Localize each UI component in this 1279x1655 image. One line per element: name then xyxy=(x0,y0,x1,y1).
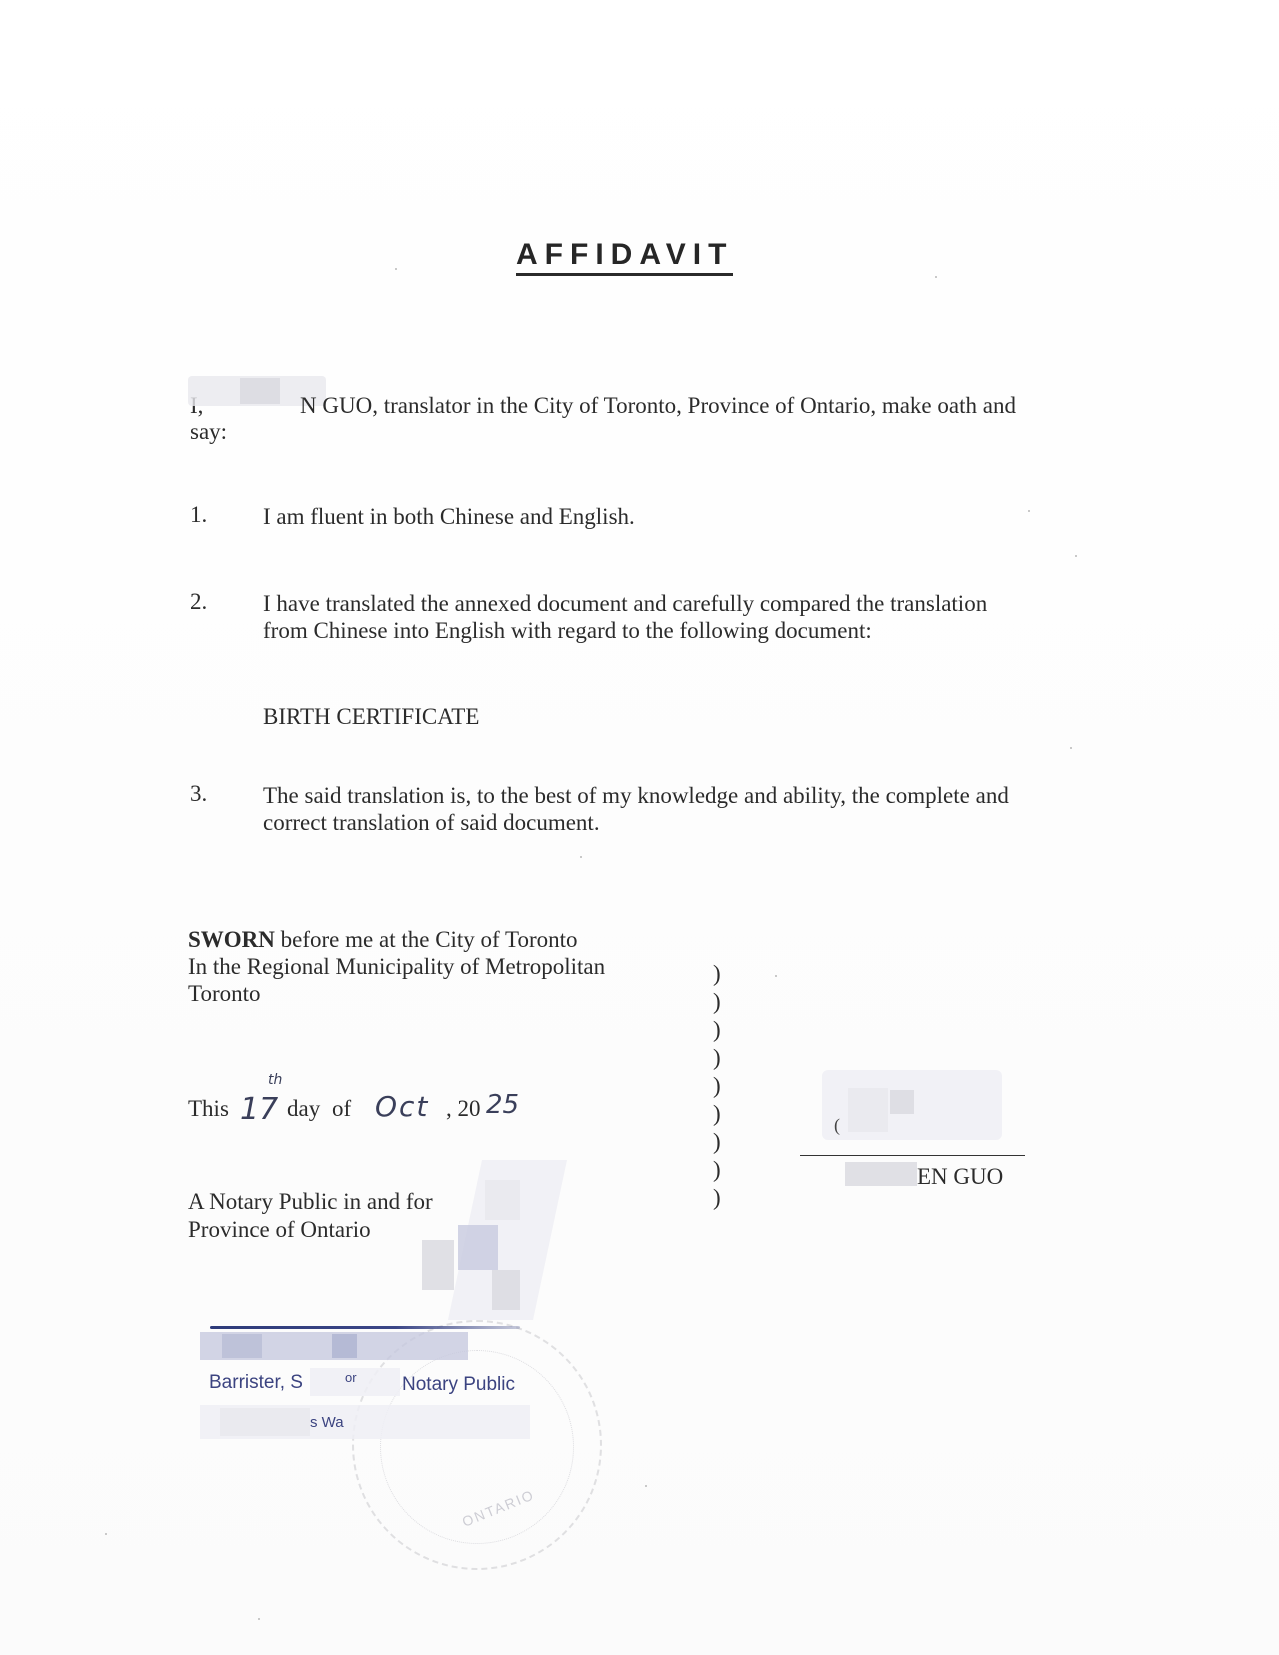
deponent-name: EN GUO xyxy=(917,1163,1003,1190)
notary-line-1: A Notary Public in and for xyxy=(188,1188,433,1215)
bracket: ) xyxy=(713,1072,721,1100)
scan-speck xyxy=(105,1533,107,1535)
bracket: ) xyxy=(713,1100,721,1128)
jurat-line-2: In the Regional Municipality of Metropol… xyxy=(188,953,605,980)
jurat-line-3: Toronto xyxy=(188,980,261,1007)
item-3-line-1: The said translation is, to the best of … xyxy=(263,782,1009,809)
intro-rest: , translator in the City of Toronto, Pro… xyxy=(372,393,1016,418)
bracket: ) xyxy=(713,1128,721,1156)
redacted-block xyxy=(422,1240,454,1290)
date-prefix: This xyxy=(188,1095,229,1122)
redacted-block xyxy=(485,1180,520,1220)
scan-speck xyxy=(1075,555,1077,557)
item-2-line-1: I have translated the annexed document a… xyxy=(263,590,987,617)
handwritten-year: 25 xyxy=(486,1090,519,1120)
redacted-block xyxy=(220,1408,310,1436)
scan-speck xyxy=(395,268,397,270)
item-number-1: 1. xyxy=(190,502,207,528)
redacted-block xyxy=(458,1225,498,1270)
scan-speck xyxy=(1028,510,1030,512)
notary-line-2: Province of Ontario xyxy=(188,1216,371,1243)
handwritten-day: 17 xyxy=(240,1092,278,1127)
affidavit-page: AFFIDAVIT I, N GUO, translator in the Ci… xyxy=(0,0,1279,1655)
item-1-line-1: I am fluent in both Chinese and English. xyxy=(263,503,635,530)
bracket: ) xyxy=(713,1044,721,1072)
intro-line-2: say: xyxy=(190,418,227,445)
redacted-block xyxy=(332,1334,357,1358)
sworn-label: SWORN xyxy=(188,927,275,952)
deponent-signature-line xyxy=(800,1155,1025,1156)
scan-speck xyxy=(258,1618,260,1620)
notary-signature-line xyxy=(210,1326,520,1329)
redacted-block xyxy=(848,1088,888,1132)
item-3-line-2: correct translation of said document. xyxy=(263,809,600,836)
scan-speck xyxy=(1070,747,1072,749)
translator-surname: N GUO xyxy=(300,393,372,418)
intro-line-1-rest: N GUO, translator in the City of Toronto… xyxy=(300,392,1016,419)
bracket: ) xyxy=(713,1016,721,1044)
redacted-block xyxy=(890,1090,914,1114)
signature-mark: ( xyxy=(834,1112,840,1139)
bracket: ) xyxy=(713,960,721,988)
scan-speck xyxy=(645,1485,647,1487)
jurat-line-1: SWORN before me at the City of Toronto xyxy=(188,926,578,953)
handwritten-month: Oct xyxy=(375,1090,429,1123)
translated-document-name: BIRTH CERTIFICATE xyxy=(263,703,479,730)
stamp-address-visible: s Wa xyxy=(310,1414,344,1431)
item-number-2: 2. xyxy=(190,589,207,615)
item-2-line-2: from Chinese into English with regard to… xyxy=(263,617,872,644)
bracket: ) xyxy=(713,1156,721,1184)
bracket: ) xyxy=(713,1184,721,1212)
redacted-block xyxy=(240,378,280,404)
jurat-line-1-rest: before me at the City of Toronto xyxy=(275,927,578,952)
stamp-title-suffix: Notary Public xyxy=(402,1374,515,1396)
stamp-title-middle: or xyxy=(345,1370,357,1385)
date-mid: day of xyxy=(287,1095,351,1122)
redacted-block xyxy=(492,1270,520,1310)
redacted-block xyxy=(222,1334,262,1358)
bracket: ) xyxy=(713,988,721,1016)
item-number-3: 3. xyxy=(190,781,207,807)
document-title: AFFIDAVIT xyxy=(516,238,733,276)
scan-speck xyxy=(935,276,937,278)
stamp-title-prefix: Barrister, S xyxy=(209,1372,303,1394)
date-year-prefix: , 20 xyxy=(446,1095,481,1122)
scan-speck xyxy=(580,856,582,858)
handwritten-day-suffix: th xyxy=(268,1072,282,1088)
redacted-deponent-first-name xyxy=(845,1162,917,1186)
scan-speck xyxy=(775,975,777,977)
